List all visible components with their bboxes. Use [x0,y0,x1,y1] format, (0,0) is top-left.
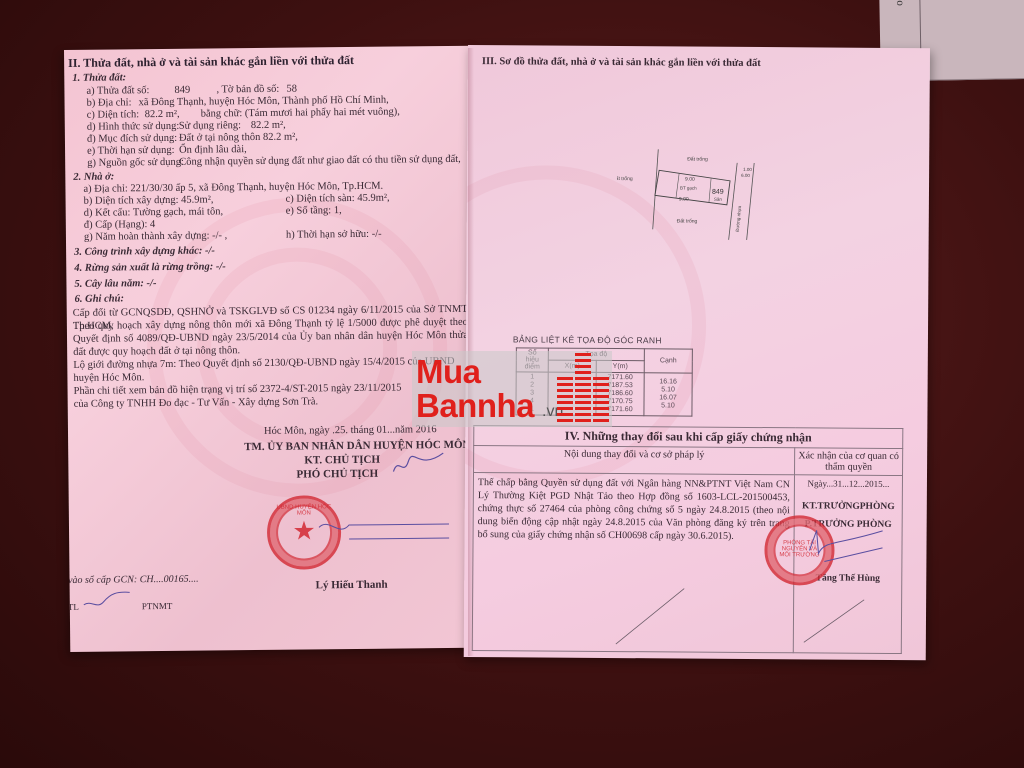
certificate-left-page: II. Thửa đất, nhà ở và tài sản khác gắn … [64,46,480,652]
signature-icon [388,451,448,482]
building-bar [593,377,609,425]
note-2: Theo quy hoạch xây dựng nông thôn mới xã… [73,316,468,360]
forest: 4. Rừng sản xuất là rừng trồng: -/- [74,260,226,275]
confirm-kt: KT.TRƯỞNGPHÒNG [799,500,898,513]
cbtl-label: CBTL [64,602,79,613]
ptnmt-label: PTNMT [142,601,173,613]
issue-date: Hóc Môn, ngày .25. tháng 01...năm 2016 [264,423,437,438]
house-floors: e) Số tầng: 1, [286,204,342,218]
watermark-line1: Mua [416,355,481,388]
section-title: II. Thửa đất, nhà ở và tài sản khác gắn … [68,53,354,71]
edge-value: 5.10 [648,402,687,410]
edge-value: 16.16 [649,378,688,386]
edges-cell: 16.16 5.10 16.07 5.10 [644,373,692,417]
confirm-date: Ngày...31...12...2015... [799,478,898,490]
house-completion-year: g) Năm hoàn thành xây dựng: -/- , [84,229,227,244]
notes-heading: 6. Ghi chú: [75,292,124,306]
col-edge: Cạnh [644,349,692,373]
svg-text:Đất trống: Đất trống [617,176,633,182]
edge-value: 16.07 [649,394,688,402]
stamp-text: UBND HUYỆN HÓC MÔN [270,504,338,517]
svg-text:849: 849 [712,189,724,196]
note-4: Phần chi tiết xem bản đồ hiện trạng vị t… [74,381,414,411]
background-text: No [894,0,906,6]
col-change-content: Nội dung thay đổi và cơ sở pháp lý [474,446,795,475]
section-title: III. Sơ đồ thửa đất, nhà ở và tài sản kh… [482,55,761,70]
void-strike-lines [614,586,914,648]
svg-text:Đất trống: Đất trống [677,218,698,224]
signer-kt: KT. CHỦ TỊCH [304,454,380,469]
svg-text:Sân: Sân [714,197,723,202]
edge-value: 5.10 [649,386,688,394]
plot-sketch: Đất trống Đất trống Đất trống 9.00 9.00 … [617,134,768,245]
signature-icon [82,589,132,615]
muabannha-watermark: Mua Bannha .vn [412,351,612,427]
building-bar [575,353,591,425]
svg-text:Đường nhựa: Đường nhựa [735,205,742,232]
land-heading: 1. Thửa đất: [72,71,126,85]
svg-text:6.00: 6.00 [741,173,750,178]
origin: Công nhận quyền sử dụng đất như giao đất… [179,153,461,169]
other-works: 3. Công trình xây dựng khác: -/- [74,244,215,259]
plot-diagram: Đất trống Đất trống Đất trống 9.00 9.00 … [617,134,768,245]
svg-text:9.00: 9.00 [685,177,695,183]
svg-text:Đất trống: Đất trống [687,157,708,163]
signer-position: PHÓ CHỦ TỊCH [296,468,378,483]
origin-label: g) Nguồn gốc sử dụng: [87,156,184,170]
signature-icon [804,525,884,566]
building-bar [557,377,573,425]
col-confirmation: Xác nhận của cơ quan có thẩm quyền [795,448,903,476]
svg-text:BT gạch: BT gạch [680,185,697,190]
watermark-line2: Bannha [416,389,534,422]
registry-number: Số vào sổ cấp GCN: CH....00165.... [64,574,199,588]
coord-table-title: BẢNG LIỆT KÊ TỌA ĐỘ GÓC RANH [513,334,662,345]
svg-text:9.00: 9.00 [679,196,689,202]
perennial: 5. Cây lâu năm: -/- [74,277,156,291]
signature-icon [309,516,459,548]
svg-text:1.00: 1.00 [743,167,752,172]
house-ownership-term: h) Thời hạn sở hữu: -/- [286,228,382,242]
signer-name: Lý Hiếu Thanh [316,579,388,594]
building-icon [557,353,609,425]
